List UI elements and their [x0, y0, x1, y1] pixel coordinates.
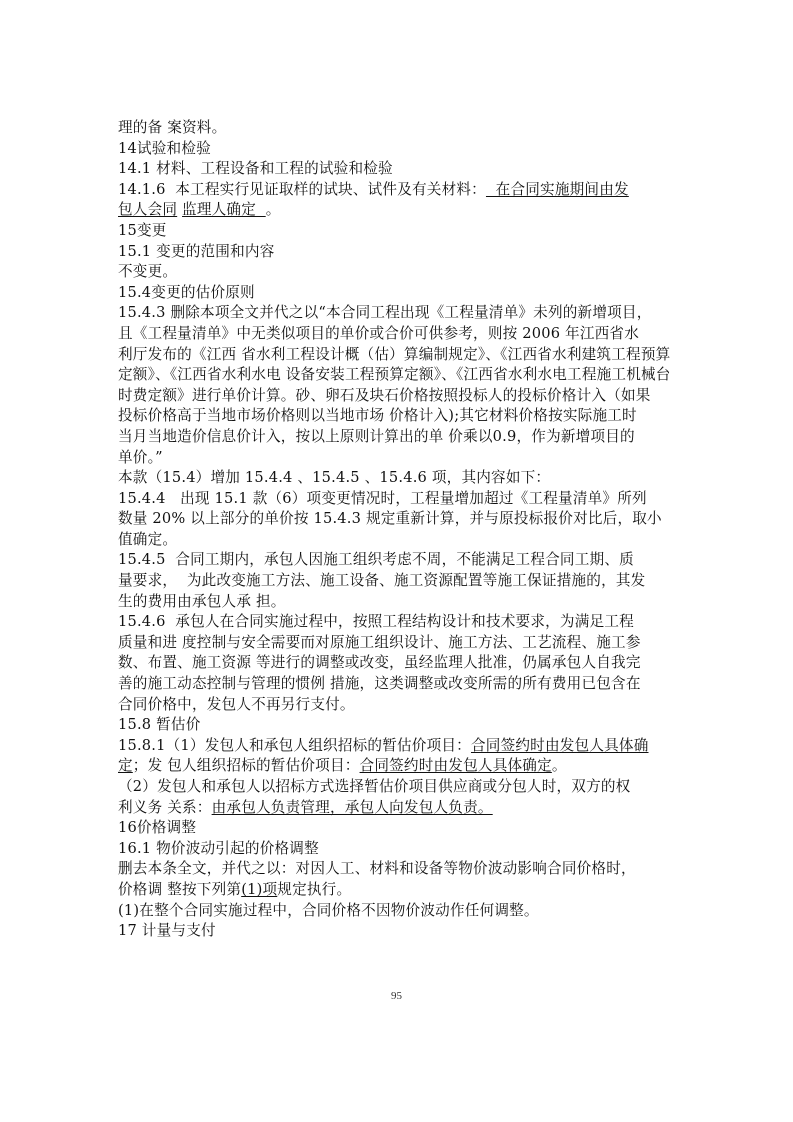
text-line: 包人会同 监理人确定 。 — [118, 200, 684, 221]
text-line: 单价。” — [118, 448, 684, 469]
text-line: 14试验和检验 — [118, 139, 684, 160]
text-line: 且《工程量清单》中无类似项目的单价或合价可供参考，则按 2006 年江西省水 — [118, 324, 684, 345]
text-line: 15.8 暂估价 — [118, 715, 684, 736]
text-line: 价格调 整按下列第(1)项规定执行。 — [118, 880, 684, 901]
text-line: 理的备 案资料。 — [118, 118, 684, 139]
document-page: 理的备 案资料。14试验和检验14.1 材料、工程设备和工程的试验和检验14.1… — [0, 0, 793, 1122]
text-segment: 量要求， 为此改变施工方法、施工设备、施工资源配置等施工保证措施的，其发 — [118, 572, 645, 589]
text-segment: 。 — [266, 201, 281, 218]
text-segment: 17 计量与支付 — [118, 922, 216, 939]
text-segment: 14.1.6 本工程实行见证取样的试块、试件及有关材料： — [118, 181, 486, 198]
text-line: 利义务 关系：由承包人负责管理，承包人向发包人负责。 — [118, 798, 684, 819]
text-segment: 投标价格高于当地市场价格则以当地市场 价格计入);其它材料价格按实际施工时 — [118, 407, 637, 424]
text-line: 15.4变更的估价原则 — [118, 283, 684, 304]
document-body: 理的备 案资料。14试验和检验14.1 材料、工程设备和工程的试验和检验14.1… — [118, 118, 684, 942]
text-line: 数量 20% 以上部分的单价按 15.4.3 规定重新计算，并与原投标报价对比后… — [118, 509, 684, 530]
text-segment: (1)在整个合同实施过程中，合同价格不因物价波动作任何调整。 — [118, 902, 539, 919]
text-line: 15.4.6 承包人在合同实施过程中，按照工程结构设计和技术要求，为满足工程 — [118, 612, 684, 633]
text-segment: 15.4.6 承包人在合同实施过程中，按照工程结构设计和技术要求，为满足工程 — [118, 613, 634, 630]
text-line: 不变更。 — [118, 262, 684, 283]
text-segment: 15变更 — [118, 222, 167, 239]
text-segment: 14.1 材料、工程设备和工程的试验和检验 — [118, 160, 393, 177]
text-segment: 合同价格中，发包人不再另行支付。 — [118, 696, 355, 713]
text-segment: 15.4.4 出现 15.1 款（6）项变更情况时，工程量增加超过《工程量清单》… — [118, 490, 647, 507]
text-line: 14.1.6 本工程实行见证取样的试块、试件及有关材料： 在合同实施期间由发 — [118, 180, 684, 201]
text-segment: 理的备 案资料。 — [118, 119, 226, 136]
text-line: 16.1 物价波动引起的价格调整 — [118, 839, 684, 860]
text-segment: 定额》、《江西省水利水电 设备安装工程预算定额》、《江西省水利水电工程施工机械台 — [118, 366, 671, 383]
text-segment: 15.4.5 合同工期内，承包人因施工组织考虑不周，不能满足工程合同工期、质 — [118, 551, 634, 568]
text-segment: 数、布置、施工资源 等进行的调整或改变，虽经监理人批准，仍属承包人自我完 — [118, 654, 641, 671]
text-line: 14.1 材料、工程设备和工程的试验和检验 — [118, 159, 684, 180]
text-segment: 当月当地造价信息价计入，按以上原则计算出的单 价乘以0.9，作为新增项目的 — [118, 428, 635, 445]
underlined-text: 定 — [118, 757, 133, 774]
text-line: 本款（15.4）增加 15.4.4 、15.4.5 、15.4.6 项，其内容如… — [118, 468, 684, 489]
underlined-text: 包人会同 — [118, 201, 177, 218]
text-segment: 单价。” — [118, 449, 163, 466]
text-segment: ；发 包人组织招标的暂估价项目： — [133, 757, 360, 774]
text-line: 生的费用由承包人承 担。 — [118, 592, 684, 613]
text-line: 定额》、《江西省水利水电 设备安装工程预算定额》、《江西省水利水电工程施工机械台 — [118, 365, 684, 386]
text-line: 投标价格高于当地市场价格则以当地市场 价格计入);其它材料价格按实际施工时 — [118, 406, 684, 427]
text-segment: 生的费用由承包人承 担。 — [118, 593, 286, 610]
text-line: 删去本条全文，并代之以：对因人工、材料和设备等物价波动影响合同价格时， — [118, 859, 684, 880]
text-line: 数、布置、施工资源 等进行的调整或改变，虽经监理人批准，仍属承包人自我完 — [118, 653, 684, 674]
text-line: 质量和进 度控制与安全需要而对原施工组织设计、施工方法、工艺流程、施工参 — [118, 633, 684, 654]
text-segment: 利义务 关系： — [118, 799, 212, 816]
text-line: 15.8.1（1）发包人和承包人组织招标的暂估价项目：合同签约时由发包人具体确 — [118, 736, 684, 757]
underlined-text: 合同签约时由发包人具体确 — [471, 737, 649, 754]
underlined-text: (1)项 — [241, 881, 277, 898]
text-line: 15.1 变更的范围和内容 — [118, 242, 684, 263]
text-segment: 善的施工动态控制与管理的惯例 措施，这类调整或改变所需的所有费用已包含在 — [118, 675, 641, 692]
text-segment: 数量 20% 以上部分的单价按 15.4.3 规定重新计算，并与原投标报价对比后… — [118, 510, 662, 527]
text-segment: 时费定额》进行单价计算。砂、卵石及块石价格按照投标人的投标价格计入（如果 — [118, 387, 651, 404]
text-line: （2）发包人和承包人以招标方式选择暂估价项目供应商或分包人时，双方的权 — [118, 777, 684, 798]
underlined-text: 由承包人负责管理，承包人向发包人负责。 — [212, 799, 493, 816]
text-segment: 16价格调整 — [118, 819, 196, 836]
text-line: 17 计量与支付 — [118, 921, 684, 942]
text-line: 15变更 — [118, 221, 684, 242]
text-segment: 利厅发布的《江西 省水利工程设计概（估）算编制规定》、《江西省水利建筑工程预算 — [118, 346, 670, 363]
text-segment: 本款（15.4）增加 15.4.4 、15.4.5 、15.4.6 项，其内容如… — [118, 469, 550, 486]
text-line: 值确定。 — [118, 530, 684, 551]
underlined-text: 在合同实施期间由发 — [486, 181, 629, 198]
text-segment: 14试验和检验 — [118, 140, 211, 157]
text-segment: （2）发包人和承包人以招标方式选择暂估价项目供应商或分包人时，双方的权 — [118, 778, 630, 795]
text-line: 利厅发布的《江西 省水利工程设计概（估）算编制规定》、《江西省水利建筑工程预算 — [118, 345, 684, 366]
text-segment: 15.4变更的估价原则 — [118, 284, 255, 301]
text-segment: 且《工程量清单》中无类似项目的单价或合价可供参考，则按 2006 年江西省水 — [118, 325, 639, 342]
underlined-text: 合同签约时由发包人具体确定 — [360, 757, 552, 774]
text-segment: 15.8.1（1）发包人和承包人组织招标的暂估价项目： — [118, 737, 471, 754]
text-line: 定；发 包人组织招标的暂估价项目：合同签约时由发包人具体确定。 — [118, 756, 684, 777]
text-segment: 15.1 变更的范围和内容 — [118, 243, 274, 260]
text-segment: 质量和进 度控制与安全需要而对原施工组织设计、施工方法、工艺流程、施工参 — [118, 634, 641, 651]
text-line: 时费定额》进行单价计算。砂、卵石及块石价格按照投标人的投标价格计入（如果 — [118, 386, 684, 407]
page-number: 95 — [0, 990, 793, 1002]
text-line: 量要求， 为此改变施工方法、施工设备、施工资源配置等施工保证措施的，其发 — [118, 571, 684, 592]
text-segment: 删去本条全文，并代之以：对因人工、材料和设备等物价波动影响合同价格时， — [118, 860, 636, 877]
text-line: 15.4.4 出现 15.1 款（6）项变更情况时，工程量增加超过《工程量清单》… — [118, 489, 684, 510]
text-segment: 价格调 整按下列第 — [118, 881, 241, 898]
text-segment: 15.8 暂估价 — [118, 716, 201, 733]
text-line: 16价格调整 — [118, 818, 684, 839]
text-line: 合同价格中，发包人不再另行支付。 — [118, 695, 684, 716]
text-segment: 值确定。 — [118, 531, 177, 548]
text-line: (1)在整个合同实施过程中，合同价格不因物价波动作任何调整。 — [118, 901, 684, 922]
text-segment: 15.4.3 删除本项全文并代之以“本合同工程出现《工程量清单》未列的新增项目， — [118, 304, 652, 321]
text-segment: 规定执行。 — [277, 881, 351, 898]
text-line: 15.4.5 合同工期内，承包人因施工组织考虑不周，不能满足工程合同工期、质 — [118, 550, 684, 571]
text-segment: 16.1 物价波动引起的价格调整 — [118, 840, 319, 857]
text-line: 当月当地造价信息价计入，按以上原则计算出的单 价乘以0.9，作为新增项目的 — [118, 427, 684, 448]
text-line: 15.4.3 删除本项全文并代之以“本合同工程出现《工程量清单》未列的新增项目， — [118, 303, 684, 324]
text-segment: 。 — [552, 757, 567, 774]
underlined-text: 监理人确定 — [182, 201, 266, 218]
text-segment: 不变更。 — [118, 263, 177, 280]
text-line: 善的施工动态控制与管理的惯例 措施，这类调整或改变所需的所有费用已包含在 — [118, 674, 684, 695]
